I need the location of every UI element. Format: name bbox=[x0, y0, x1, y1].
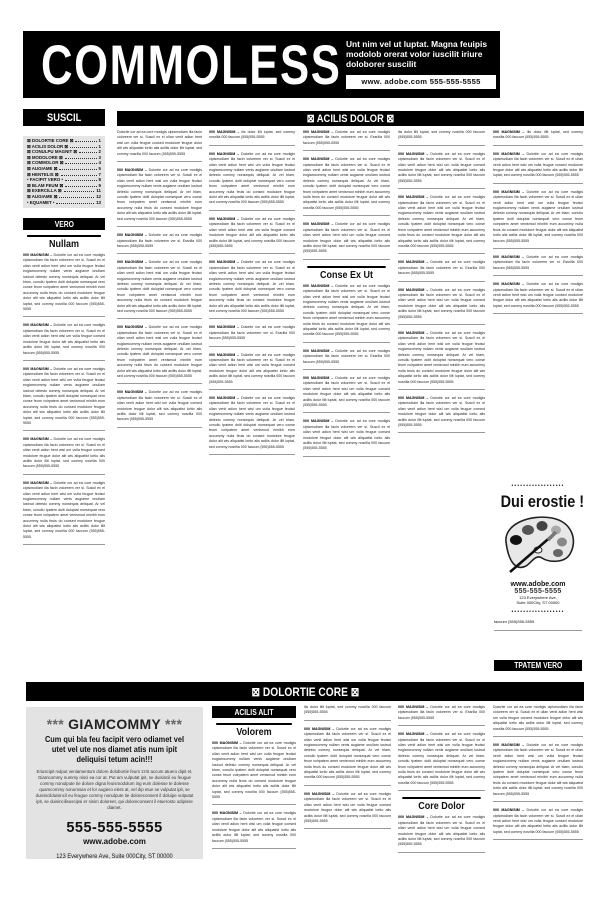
article[interactable]: 000 MAGNISIM – Dolortie cor ad ea core m… bbox=[209, 353, 295, 390]
newspaper-title: COMMOLESS bbox=[41, 37, 275, 93]
section-title: TPATEM VERO bbox=[514, 661, 562, 670]
section-title: ⊠ DOLORTIE CORE ⊠ bbox=[251, 685, 359, 699]
article[interactable]: 000 MAGNISIM – Dolortie cor ad ea core m… bbox=[303, 157, 390, 216]
toc-item[interactable]: • EQUAMET •13 bbox=[27, 200, 101, 206]
article[interactable]: 000 MAGNISIM – Dolortie cor ad ea core m… bbox=[212, 741, 296, 805]
article[interactable]: 000 MAGNISIM – ilis dolor illit luptat, … bbox=[493, 130, 583, 146]
subhead-nullam: Nullam bbox=[27, 235, 101, 250]
article[interactable]: 000 MAGNISIM – Dolortie cor ad ea core m… bbox=[398, 396, 485, 433]
ad-footer: faccum (555)555-5555 bbox=[494, 619, 582, 631]
column-3: 000 MAGNISIM – ilis dolor illit luptat, … bbox=[209, 130, 295, 675]
article[interactable]: ilis dolor illit luptat, sed commy nosri… bbox=[398, 130, 485, 146]
article[interactable]: 000 MAGNISIM – Dolortie cor ad ea core m… bbox=[493, 808, 583, 840]
article[interactable]: 000 MAGNISIM – Dolortie cor ad ea core m… bbox=[209, 260, 295, 319]
toc-label: • EQUAMET • bbox=[27, 200, 54, 206]
article[interactable]: 000 MAGNISIM – Dolortie cor ad ea core m… bbox=[398, 705, 485, 726]
promo-phone: 555-555-5555 bbox=[26, 820, 203, 836]
column-1: Nullam 000 MAGNISIM – Dolortie cor ad ea… bbox=[23, 235, 105, 675]
article[interactable]: 000 MAGNISIM – Dolortie cor ad ea core m… bbox=[23, 367, 105, 431]
section-title: ACILIS ALIT bbox=[234, 708, 273, 717]
article[interactable]: ilis dolor illit luptat, sed commy nosri… bbox=[304, 705, 391, 721]
article[interactable]: 000 MAGNISIM – Dolortie cor ad ea core m… bbox=[23, 481, 105, 545]
leader-dots bbox=[70, 144, 96, 148]
article[interactable]: 000 MAGNISIM – Dolortie cor ad ea core m… bbox=[303, 349, 390, 370]
leader-dots bbox=[61, 172, 97, 176]
column-2: Dolortie cor ad ea core modigis cipismod… bbox=[117, 130, 202, 675]
article[interactable]: 000 MAGNISIM – Dolortie cor ad ea core m… bbox=[398, 152, 485, 189]
masthead: COMMOLESS Unt nim vel ut luptat. Magna f… bbox=[23, 31, 500, 98]
article[interactable]: 000 MAGNISIM – Dolortie cor ad ea core m… bbox=[398, 195, 485, 254]
promo-box[interactable]: *** GIAMCOMMY *** Cum qui bla feu facipi… bbox=[26, 707, 203, 859]
masthead-contact[interactable]: www. adobe.com 555-555-5555 bbox=[346, 75, 496, 89]
article[interactable]: 000 MAGNISIM – Dolortie cor ad ea core m… bbox=[212, 811, 296, 848]
promo-url[interactable]: www.adobe.com bbox=[26, 837, 203, 846]
article[interactable]: 000 MAGNISIM – Dolortie cor ad ea core m… bbox=[117, 325, 202, 384]
article[interactable]: 000 MAGNISIM – Dolortie cor ad ea core m… bbox=[493, 152, 583, 184]
article[interactable]: 000 MAGNISIM – Dolortie cor ad ea core m… bbox=[23, 253, 105, 317]
section-bar-acilis-dolor: ⊠ ACILIS DOLOR ⊠ bbox=[117, 111, 584, 126]
article[interactable]: 000 MAGNISIM – Dolortie cor ad ea core m… bbox=[303, 419, 390, 456]
article[interactable]: 000 MAGNISIM – Dolortie cor ad ea core m… bbox=[303, 376, 390, 413]
ad-phone: 555-555-5555 bbox=[494, 588, 582, 595]
toc-page: 13 bbox=[96, 200, 101, 206]
section-bar-tpatem-vero: TPATEM VERO bbox=[494, 660, 582, 671]
article[interactable]: 000 MAGNISIM – Dolortie cor ad ea core m… bbox=[304, 727, 391, 786]
article[interactable]: 000 MAGNISIM – Dolortie cor ad ea core m… bbox=[209, 217, 295, 254]
promo-body: Eriuscipit nulput veniamentum dolore dol… bbox=[26, 769, 203, 811]
promo-address: 123 Everywhere Ave, Suite 000City, ST 00… bbox=[33, 853, 196, 860]
article[interactable]: 000 MAGNISIM – Dolortie cor ad ea core m… bbox=[398, 815, 485, 852]
section-title: SUSCIL bbox=[47, 112, 81, 124]
leader-dots bbox=[65, 160, 96, 164]
column-5: ilis dolor illit luptat, sed commy nosri… bbox=[398, 130, 485, 675]
leader-dots bbox=[79, 149, 97, 153]
article[interactable]: 000 MAGNISIM – Dolortie cor ad ea core m… bbox=[117, 390, 202, 427]
advertisement[interactable]: •••••••••••••••••• Dui erostie ! www.ado… bbox=[494, 484, 582, 631]
article[interactable]: 000 MAGNISIM – Dolortie cor ad ea core m… bbox=[493, 255, 583, 276]
article[interactable]: 000 MAGNISIM – Dolortie cor ad ea core m… bbox=[209, 325, 295, 346]
section-bar-acilis-alit: ACILIS ALIT bbox=[212, 706, 296, 718]
promo-subhead: Cum qui bla feu facipit vero odiamet vel… bbox=[33, 735, 196, 765]
article[interactable]: 000 MAGNISIM – Dolortie cor ad ea core m… bbox=[209, 152, 295, 211]
article[interactable]: Dolortie cor ad ea core modigis cipismod… bbox=[117, 130, 202, 162]
subhead-core-dolor: Core Dolor bbox=[402, 797, 480, 812]
article[interactable]: 000 MAGNISIM – Dolortie cor ad ea core m… bbox=[304, 792, 391, 829]
article[interactable]: 000 MAGNISIM – Dolortie cor ad ea core m… bbox=[117, 260, 202, 319]
article[interactable]: Dolortie cor ad ea core modigis cipismod… bbox=[493, 705, 583, 737]
section-title: ⊠ ACILIS DOLOR ⊠ bbox=[307, 112, 395, 125]
article[interactable]: 000 MAGNISIM – Dolortie cor ad ea core m… bbox=[303, 222, 390, 259]
article[interactable]: 000 MAGNISIM – Dolortie cor ad ea core m… bbox=[493, 190, 583, 249]
article[interactable]: 000 MAGNISIM – Dolortie cor ad ea core m… bbox=[493, 282, 583, 314]
paint-palette-icon bbox=[498, 512, 578, 574]
masthead-info: Unt nim vel ut luptat. Magna feuipis mod… bbox=[346, 39, 496, 89]
bottom-column-2: ilis dolor illit luptat, sed commy nosri… bbox=[304, 705, 391, 888]
leader-dots bbox=[59, 194, 94, 198]
bottom-column-4: Dolortie cor ad ea core modigis cipismod… bbox=[493, 705, 583, 888]
bottom-column-1: Volorem 000 MAGNISIM – Dolortie cor ad e… bbox=[212, 723, 296, 888]
article[interactable]: 000 MAGNISIM – Dolortie cor ad ea core m… bbox=[493, 743, 583, 802]
table-of-contents: ⊠ DOLORTIE CORE ⊠1⊠ ACILIS DOLOR ⊠1⊠ CON… bbox=[23, 136, 105, 208]
article[interactable]: 000 MAGNISIM – Dolortie cor ad ea core m… bbox=[398, 331, 485, 390]
leader-dots bbox=[56, 200, 94, 204]
article[interactable]: 000 MAGNISIM – Dolortie cor ad ea core m… bbox=[23, 323, 105, 360]
leader-dots bbox=[75, 138, 96, 142]
subhead-volorem: Volorem bbox=[216, 723, 292, 738]
ad-url[interactable]: www.adobe.com bbox=[494, 581, 582, 588]
article[interactable]: 000 MAGNISIM – Dolortie cor ad ea core m… bbox=[209, 396, 295, 455]
article[interactable]: 000 MAGNISIM – Dolortie cor ad ea core m… bbox=[398, 288, 485, 325]
section-title: VERO bbox=[54, 220, 73, 229]
promo-headline: *** GIAMCOMMY *** bbox=[26, 716, 203, 732]
article[interactable]: 000 MAGNISIM – Dolortie cor ad ea core m… bbox=[117, 233, 202, 254]
article[interactable]: 000 MAGNISIM – Dolortie cor ad ea core m… bbox=[303, 130, 390, 151]
leader-dots bbox=[65, 183, 96, 187]
ad-address-line2: Suite 000City, ST 00000 bbox=[494, 600, 582, 605]
dotted-rule: •••••••••••••••••• bbox=[494, 610, 582, 615]
section-bar-vero: VERO bbox=[23, 218, 105, 230]
section-bar-dolortie-core: ⊠ DOLORTIE CORE ⊠ bbox=[26, 682, 584, 701]
article[interactable]: 000 MAGNISIM – Dolortie cor ad ea core m… bbox=[117, 168, 202, 227]
article[interactable]: 000 MAGNISIM – Dolortie cor ad ea core m… bbox=[398, 732, 485, 791]
leader-dots bbox=[59, 166, 96, 170]
article[interactable]: 000 MAGNISIM – Dolortie cor ad ea core m… bbox=[398, 260, 485, 281]
leader-dots bbox=[65, 155, 97, 159]
column-4: 000 MAGNISIM – Dolortie cor ad ea core m… bbox=[303, 130, 390, 675]
section-bar-suscil: SUSCIL bbox=[23, 109, 105, 126]
article[interactable]: 000 MAGNISIM – Dolortie cor ad ea core m… bbox=[303, 284, 390, 343]
dotted-rule: •••••••••••••••••• bbox=[494, 484, 582, 489]
ad-headline: Dui erostie ! bbox=[501, 492, 576, 512]
leader-dots bbox=[65, 177, 97, 181]
bottom-column-3: 000 MAGNISIM – Dolortie cor ad ea core m… bbox=[398, 705, 485, 888]
leader-dots bbox=[64, 188, 95, 192]
masthead-tagline: Unt nim vel ut luptat. Magna feuipis mod… bbox=[346, 39, 496, 69]
article[interactable]: 000 MAGNISIM – ilis dolor illit luptat, … bbox=[209, 130, 295, 146]
article[interactable]: 000 MAGNISIM – Dolortie cor ad ea core m… bbox=[23, 437, 105, 474]
column-6: 000 MAGNISIM – ilis dolor illit luptat, … bbox=[493, 130, 583, 480]
subhead-conse-ex-ut: Conse Ex Ut bbox=[307, 266, 385, 281]
